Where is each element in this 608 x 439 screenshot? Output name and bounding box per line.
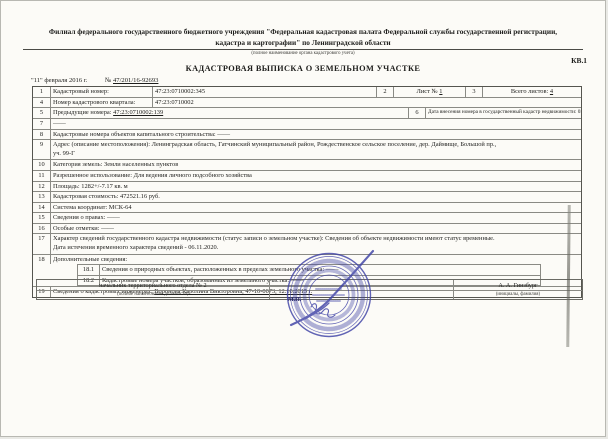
table-row-13: 13 Кадастровая стоимость: 472521.16 руб. (33, 192, 581, 203)
row-number: 6 (409, 108, 426, 118)
row-label: Предыдущие номера: (53, 109, 112, 116)
document-date: "11" февраля 2016 г. (31, 77, 87, 84)
row-number: 15 (33, 213, 51, 223)
row-number: 10 (33, 160, 51, 170)
status-line1: Характер сведений государственного кадас… (53, 235, 579, 244)
row-number: 17 (33, 234, 51, 253)
row-number: 2 (377, 87, 394, 97)
table-row-14: 14 Система координат: МСК-64 (33, 203, 581, 214)
row-text: Кадастровые номера объектов капитального… (51, 130, 581, 140)
row-number: 4 (33, 98, 51, 108)
header-rule (23, 49, 583, 50)
special-marks-text: Особые отметки: —— (51, 224, 581, 234)
row-number: 3 (466, 87, 483, 97)
coordinate-system-text: Система координат: МСК-64 (51, 203, 581, 213)
table-row-4: 4 Номер кадастрового квартала: 47:23:071… (33, 98, 581, 109)
row-number: 12 (33, 182, 51, 192)
name-note: (инициалы, фамилия) (454, 291, 582, 299)
previous-number-value: 47:23:0710002:139 (113, 109, 163, 116)
table-row-5: 5 Предыдущие номера: 47:23:0710002:139 6… (33, 108, 581, 119)
row-number: 8 (33, 130, 51, 140)
previous-numbers-cell: Предыдущие номера: 47:23:0710002:139 (51, 108, 409, 118)
total-sheets-label: Всего листов: (511, 88, 548, 95)
date-line: "11" февраля 2016 г. № 47/201/16-92693 (31, 77, 605, 84)
table-row-15: 15 Сведения о правах: —— (33, 213, 581, 224)
round-stamp (283, 247, 379, 343)
cadastral-value-text: Кадастровая стоимость: 472521.16 руб. (51, 192, 581, 202)
org-note: (полное наименование органа кадастрового… (1, 51, 605, 56)
table-row-12: 12 Площадь: 1282+/-7.17 кв. м (33, 182, 581, 193)
table-row-11: 11 Разрешенное использование: Для ведени… (33, 171, 581, 182)
address-line2: уч. 99-Г (53, 150, 579, 159)
address-text: Адрес (описание местоположения): Ленингр… (51, 140, 581, 159)
position-note: (полное наименование должности) (37, 291, 270, 299)
area-text: Площадь: 1282+/-7.17 кв. м (51, 182, 581, 192)
table-row-10: 10 Категория земель: Земли населенных пу… (33, 160, 581, 171)
scanned-document-page: Филиал федерального государственного бюд… (0, 0, 606, 437)
org-name: Филиал федерального государственного бюд… (25, 27, 581, 48)
table-row-16: 16 Особые отметки: —— (33, 224, 581, 235)
registration-date-cell: Дата внесения номера в государственный к… (426, 108, 581, 118)
form-code: КВ.1 (571, 56, 587, 65)
quarter-number-value: 47:23:0710002 (153, 98, 581, 108)
row-number: 7 (33, 119, 51, 129)
table-row-1: 1 Кадастровый номер: 47:23:0710002:345 2… (33, 87, 581, 98)
row-label: Дата внесения номера в государственный к… (428, 109, 576, 115)
table-row-9-address: 9 Адрес (описание местоположения): Ленин… (33, 140, 581, 160)
row-label: Номер кадастрового квартала: (51, 98, 153, 108)
row-number: 1 (33, 87, 51, 97)
total-sheets-cell: Всего листов: 4 (483, 87, 581, 97)
row-number: 13 (33, 192, 51, 202)
row-number: 5 (33, 108, 51, 118)
row-number: 16 (33, 224, 51, 234)
position-title: начальник территориального отдела № 2 (37, 280, 270, 291)
stamp-place-mark: М.П. (288, 297, 301, 303)
signer-name: А. А. Гинзбург (454, 280, 582, 291)
row-number: 18.1 (78, 265, 100, 275)
rights-text: Сведения о правах: —— (51, 213, 581, 223)
address-line1: Адрес (описание местоположения): Ленингр… (53, 141, 579, 150)
doc-number: 47/201/16-92693 (113, 77, 158, 84)
sheet-label: Лист № (417, 88, 438, 95)
total-sheets-number: 4 (550, 88, 553, 95)
doc-number-label: № (105, 77, 111, 84)
row-number: 11 (33, 171, 51, 181)
row-number: 14 (33, 203, 51, 213)
land-category-text: Категория земель: Земли населенных пункт… (51, 160, 581, 170)
table-row-8: 8 Кадастровые номера объектов капитально… (33, 130, 581, 141)
cadastral-number-value: 47:23:0710002:345 (153, 87, 377, 97)
org-name-line1: Филиал федерального государственного бюд… (25, 27, 581, 38)
sheet-cell: Лист № 1 (394, 87, 466, 97)
registration-date-value: 05.11.2015 (578, 109, 581, 115)
row-number: 9 (33, 140, 51, 159)
sheet-number: 1 (439, 88, 442, 95)
org-name-line2: кадастра и картографии" по Ленинградской… (25, 38, 581, 49)
permitted-use-text: Разрешенное использование: Для ведения л… (51, 171, 581, 181)
row-label: Кадастровый номер: (51, 87, 153, 97)
document-title: КАДАСТРОВАЯ ВЫПИСКА О ЗЕМЕЛЬНОМ УЧАСТКЕ (1, 64, 605, 73)
row-text: —— (51, 119, 581, 129)
row-number: 18 (33, 255, 51, 265)
table-row-7: 7 —— (33, 119, 581, 130)
document-header: Филиал федерального государственного бюд… (1, 27, 605, 56)
